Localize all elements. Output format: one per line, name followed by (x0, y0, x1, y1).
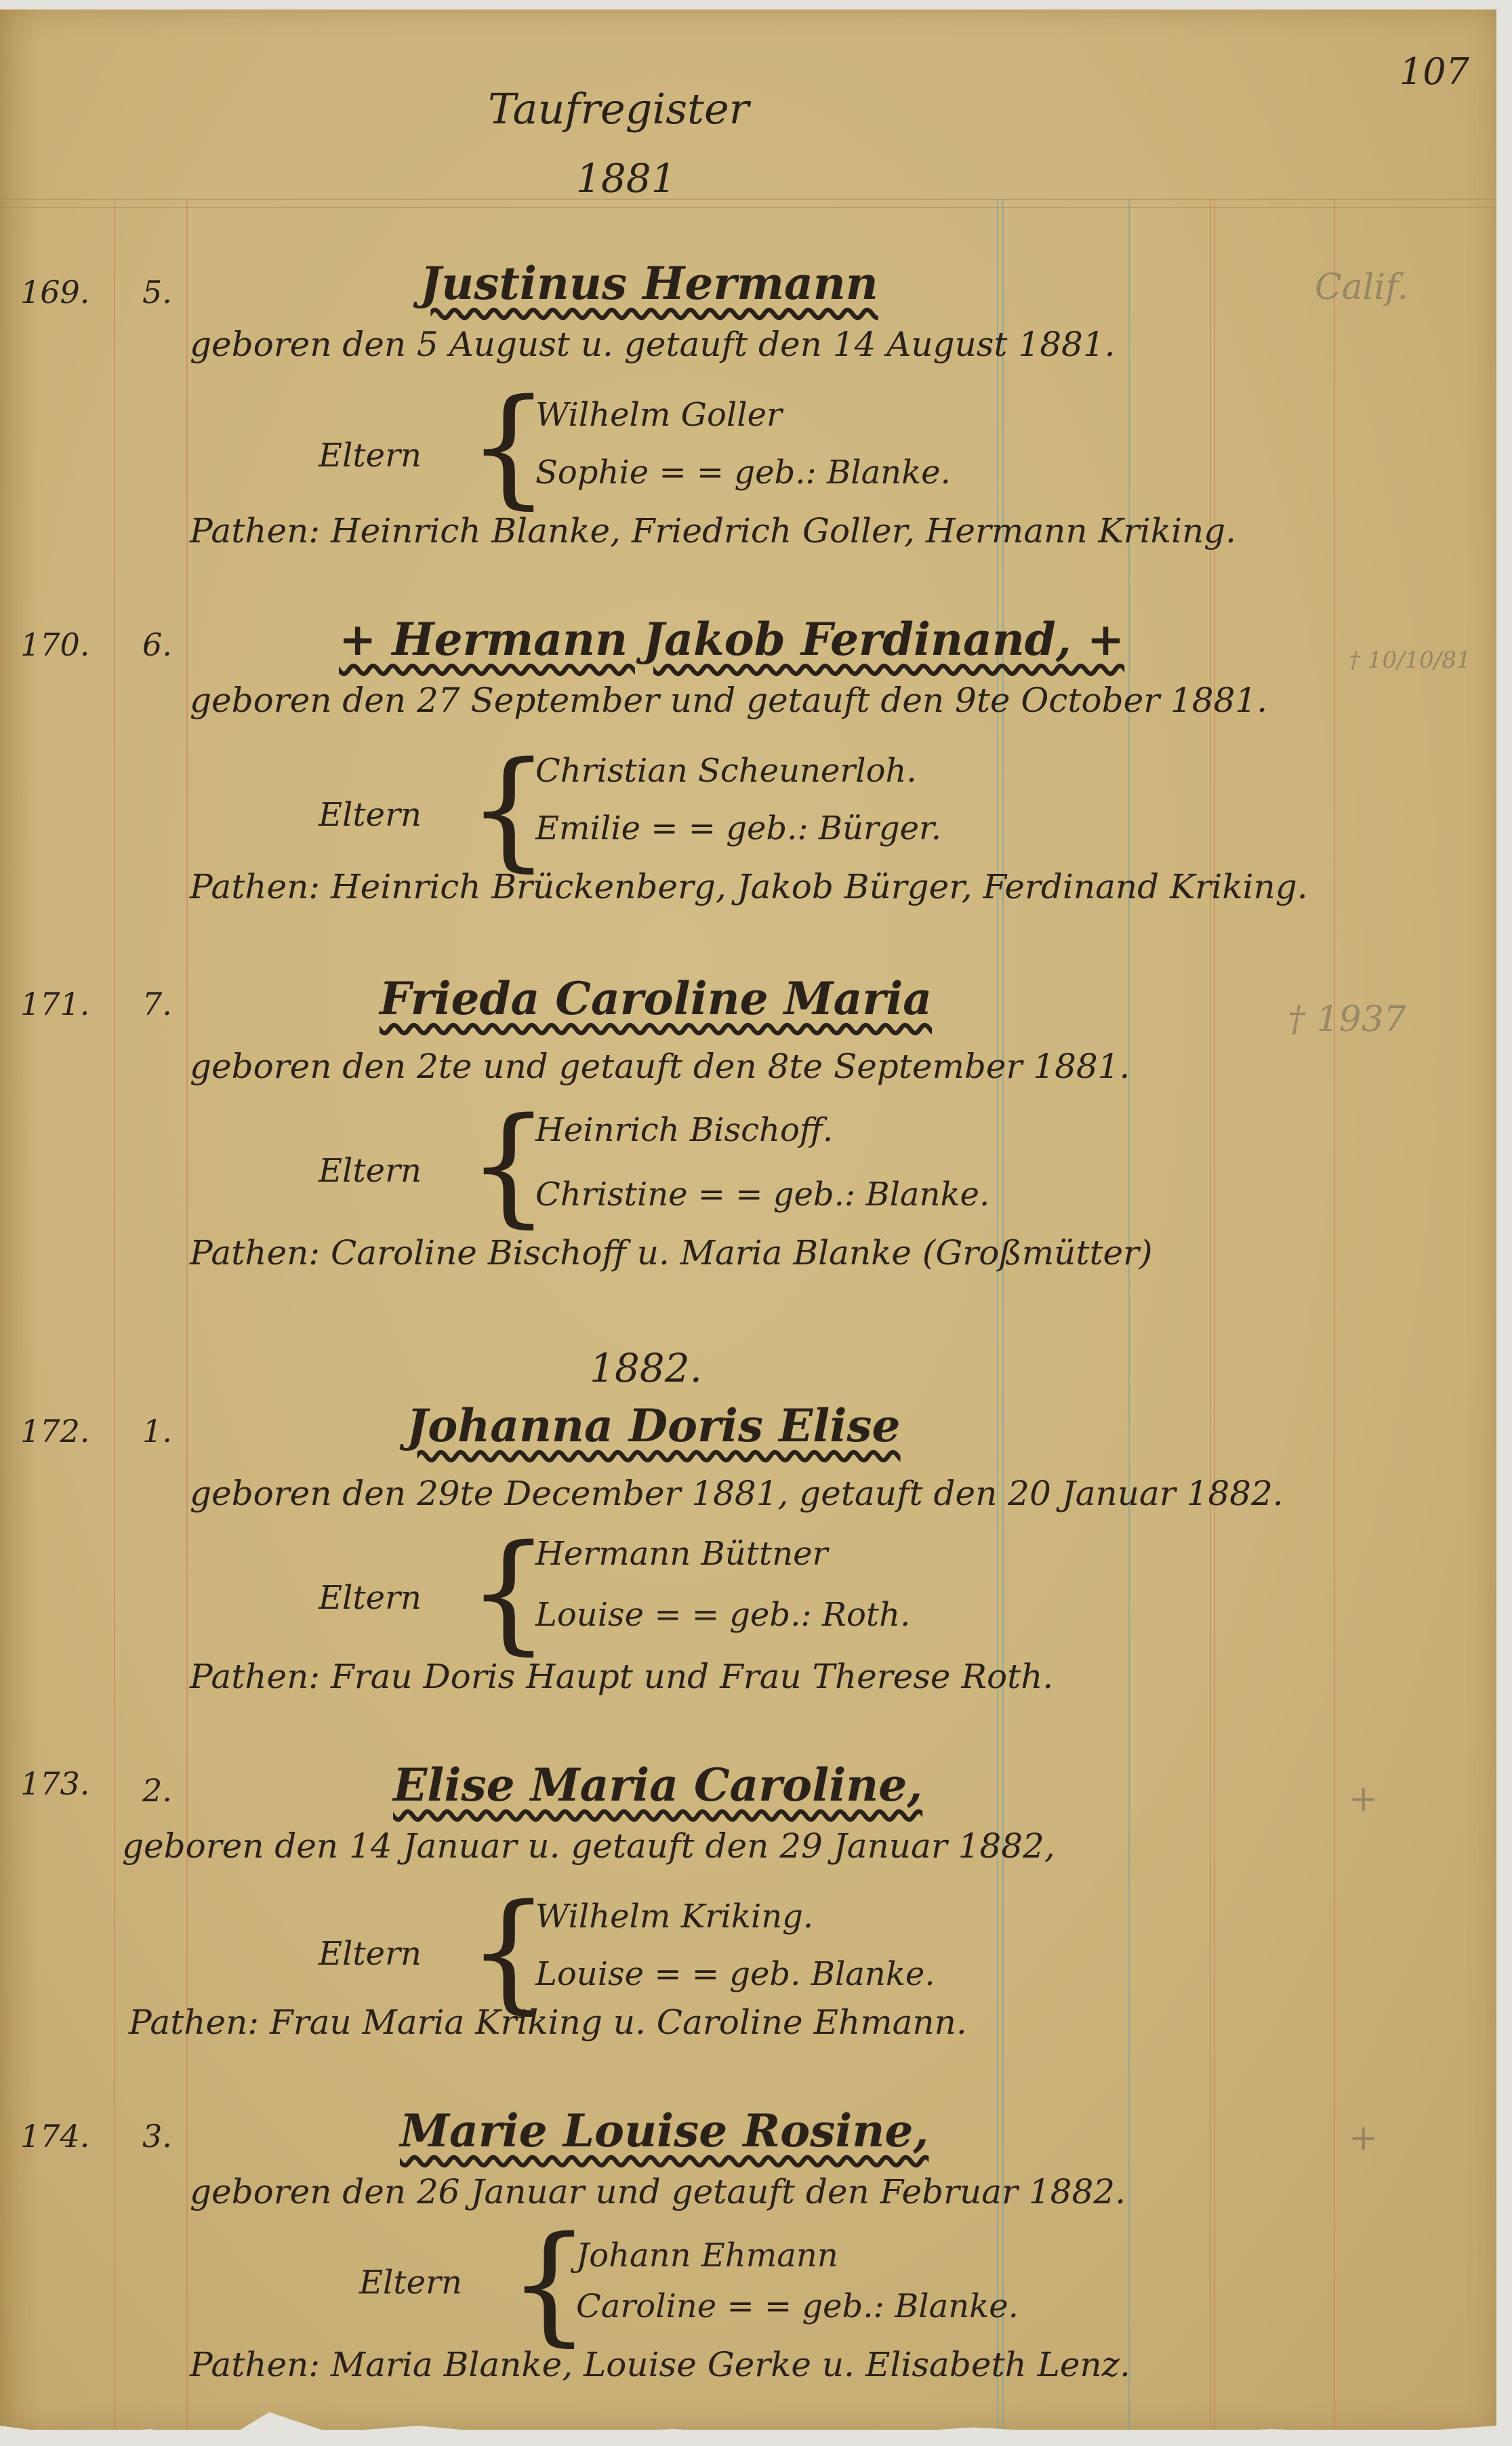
father: Wilhelm Kriking. (535, 1898, 813, 1936)
child-name: Frieda Caroline Maria (380, 972, 932, 1025)
year-index: 3. (142, 2118, 172, 2154)
birth-baptism-line: geboren den 26 Januar und getauft den Fe… (190, 2172, 1126, 2211)
header-rule (0, 207, 1496, 208)
register-number: 173. (20, 1765, 89, 1802)
birth-baptism-line: geboren den 5 August u. getauft den 14 A… (190, 325, 1116, 364)
margin-note: † 10/10/81 (1349, 647, 1471, 674)
mother: Caroline = = geb.: Blanke. (576, 2287, 1019, 2325)
parents-label: Eltern (319, 1152, 422, 1190)
year-index: 5. (142, 274, 172, 310)
register-title: Taufregister (488, 84, 749, 134)
godparents: Pathen: Frau Maria Kriking u. Caroline E… (129, 2003, 967, 2042)
parents-label: Eltern (319, 796, 422, 834)
mother: Christine = = geb.: Blanke. (535, 1176, 989, 1214)
section-year: 1881 (576, 155, 676, 201)
section-year: 1882. (590, 1345, 702, 1391)
parents-label: Eltern (319, 1579, 422, 1617)
year-index: 1. (142, 1413, 172, 1449)
margin-note: Calif. (1315, 267, 1408, 308)
mother: Louise = = geb. Blanke. (535, 1955, 935, 1993)
godparents: Pathen: Caroline Bischoff u. Maria Blank… (190, 1233, 1153, 1272)
birth-baptism-line: geboren den 2te und getauft den 8te Sept… (190, 1047, 1130, 1086)
margin-note: + (1349, 1779, 1378, 1820)
father: Heinrich Bischoff. (535, 1111, 833, 1149)
register-number: 171. (20, 986, 89, 1022)
child-name: Marie Louise Rosine, (400, 2104, 928, 2157)
child-name: Elise Maria Caroline, (393, 1759, 922, 1811)
margin-note: † 1937 (1288, 999, 1406, 1040)
godparents: Pathen: Heinrich Blanke, Friedrich Golle… (190, 511, 1236, 550)
register-number: 172. (20, 1413, 89, 1449)
child-name: Johanna Doris Elise (407, 1399, 901, 1452)
year-index: 7. (142, 986, 172, 1022)
birth-baptism-line: geboren den 29te December 1881, getauft … (190, 1474, 1284, 1513)
godparents: Pathen: Heinrich Brückenberg, Jakob Bürg… (190, 867, 1308, 906)
mother: Emilie = = geb.: Bürger. (535, 809, 941, 847)
godparents: Pathen: Maria Blanke, Louise Gerke u. El… (190, 2345, 1130, 2384)
child-name: + Hermann Jakob Ferdinand, + (339, 613, 1124, 666)
register-number: 170. (20, 626, 89, 663)
page-number: 107 (1399, 50, 1469, 93)
page-fold-shadow (0, 9, 41, 2430)
register-number: 169. (20, 274, 89, 310)
godparents: Pathen: Frau Doris Haupt und Frau Theres… (190, 1657, 1053, 1696)
birth-baptism-line: geboren den 27 September und getauft den… (190, 681, 1267, 720)
header-rule (0, 199, 1496, 200)
column-rule (114, 199, 115, 2430)
parents-label: Eltern (359, 2264, 462, 2302)
year-index: 2. (142, 1772, 172, 1809)
father: Christian Scheunerloh. (535, 752, 917, 790)
register-number: 174. (20, 2118, 89, 2154)
father: Wilhelm Goller (535, 396, 782, 434)
parents-label: Eltern (319, 1935, 422, 1973)
column-rule (186, 199, 188, 2430)
column-rule (1334, 199, 1335, 2430)
register-page: 107 Taufregister 1881 169. 5. Justinus H… (0, 9, 1496, 2430)
mother: Sophie = = geb.: Blanke. (535, 454, 951, 492)
father: Hermann Büttner (535, 1535, 827, 1573)
year-index: 6. (142, 626, 172, 663)
mother: Louise = = geb.: Roth. (535, 1596, 910, 1634)
birth-baptism-line: geboren den 14 Januar u. getauft den 29 … (122, 1826, 1055, 1866)
parents-label: Eltern (319, 437, 422, 475)
father: Johann Ehmann (576, 2237, 838, 2274)
margin-note: + (1349, 2118, 1378, 2159)
child-name: Justinus Hermann (420, 257, 878, 310)
